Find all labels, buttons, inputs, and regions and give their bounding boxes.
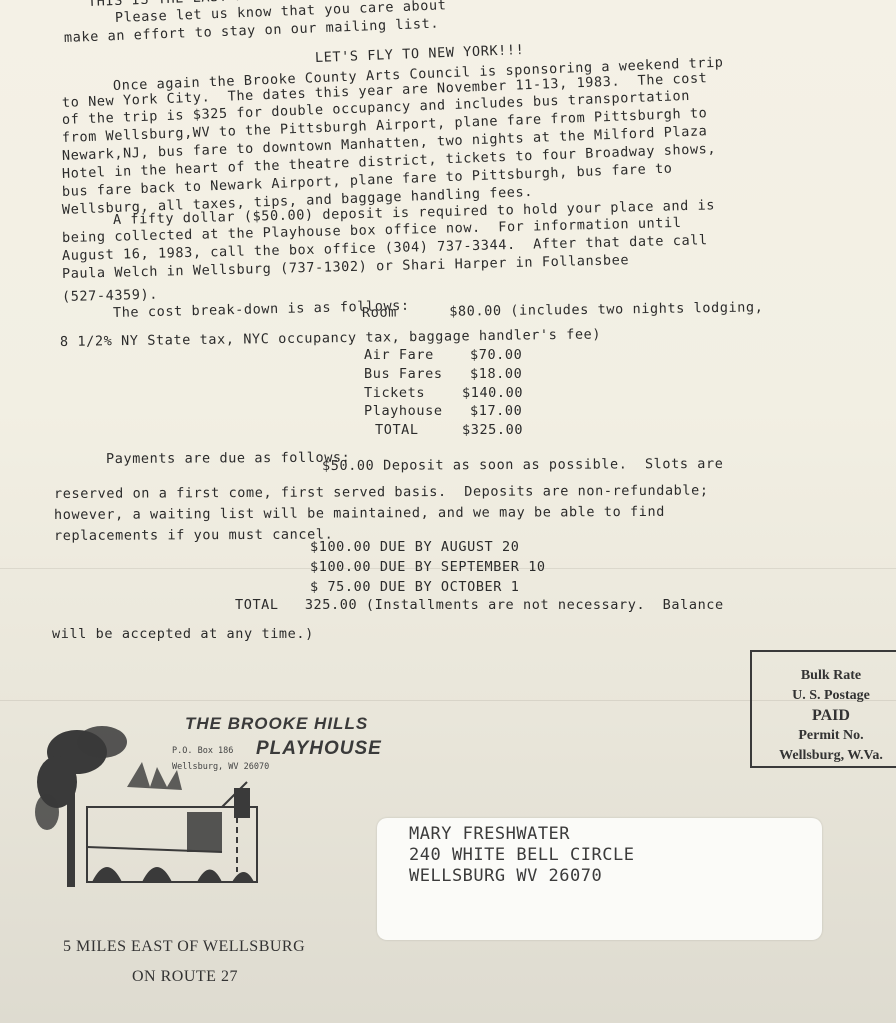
deposit-continued: replacements if you must cancel. (54, 527, 333, 544)
deposit-line: $50.00 Deposit as soon as possible. Slot… (322, 456, 724, 474)
footer-directions-line1: 5 MILES EAST OF WELLSBURG (63, 938, 305, 956)
installment-line: $ 75.00 DUE BY OCTOBER 1 (310, 579, 519, 595)
footer-directions-line2: ON ROUTE 27 (132, 968, 238, 986)
recipient-city: WELLSBURG WV 26070 (409, 866, 602, 886)
payments-intro: Payments are due as follows: (106, 450, 350, 467)
permit-line: Wellsburg, W.Va. (752, 746, 896, 766)
recipient-street: 240 WHITE BELL CIRCLE (409, 845, 634, 865)
deposit-continued: reserved on a first come, first served b… (54, 483, 709, 502)
payments-total-continued: will be accepted at any time.) (52, 626, 314, 642)
logo-title-line1: THE BROOKE HILLS (185, 714, 368, 734)
cost-item: Bus Fares$18.00 (364, 366, 443, 382)
address-label: MARY FRESHWATER 240 WHITE BELL CIRCLE WE… (377, 818, 822, 940)
permit-line: Permit No. (752, 726, 896, 746)
logo-po-box: P.O. Box 186 (172, 746, 233, 756)
playhouse-illustration-icon (32, 712, 272, 902)
postage-permit-box: Bulk Rate U. S. Postage PAID Permit No. … (750, 650, 896, 768)
para2-line: (527-4359). (62, 287, 158, 305)
deposit-continued: however, a waiting list will be maintain… (54, 504, 665, 523)
payments-total-line: TOTAL 325.00 (Installments are not neces… (235, 597, 724, 613)
cost-room-line: Room $80.00 (includes two nights lodging… (362, 299, 764, 321)
permit-line: PAID (752, 706, 896, 726)
permit-line: Bulk Rate (752, 666, 896, 686)
installment-line: $100.00 DUE BY SEPTEMBER 10 (310, 559, 546, 575)
cost-item: Air Fare$70.00 (364, 347, 434, 363)
cost-item: Tickets$140.00 (364, 385, 425, 401)
permit-line: U. S. Postage (752, 686, 896, 706)
cost-total: TOTAL$325.00 (375, 422, 419, 438)
logo-city: Wellsburg, WV 26070 (172, 762, 269, 772)
mailer-sheet: THIS IS THE LAST MAILING Please let us k… (0, 0, 896, 1023)
logo-title-line2: PLAYHOUSE (256, 738, 382, 760)
recipient-name: MARY FRESHWATER (409, 824, 570, 844)
installment-line: $100.00 DUE BY AUGUST 20 (310, 539, 519, 555)
cost-item: Playhouse$17.00 (364, 403, 443, 419)
